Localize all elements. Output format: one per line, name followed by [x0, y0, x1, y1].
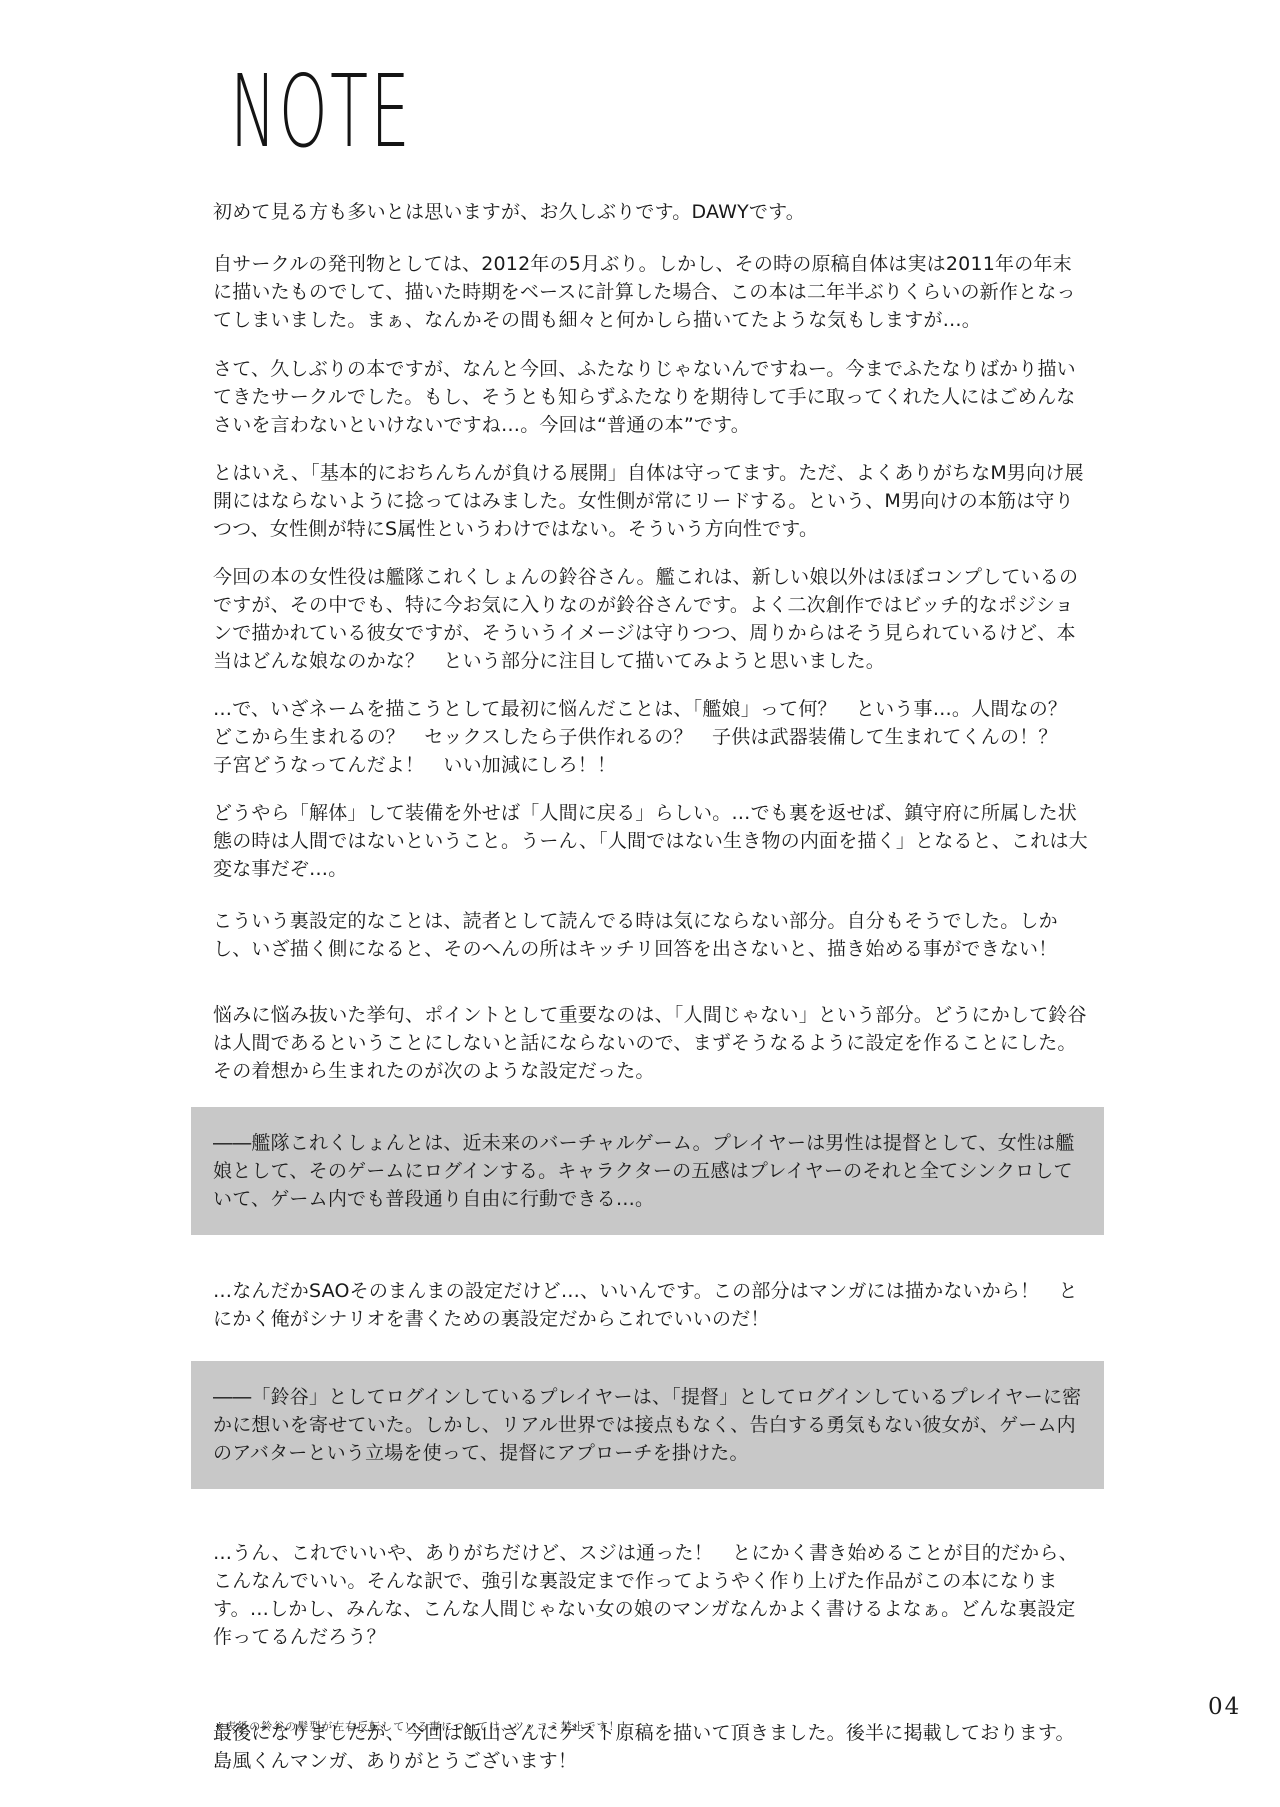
page: NOTE 初めて見る方も多いとは思いますが、お久しぶりです。DAWYです。自サー…	[0, 0, 1280, 1807]
highlight-paragraph: ――「鈴谷」としてログインしているプレイヤーは、「提督」としてログインしているプ…	[191, 1361, 1104, 1489]
paragraph: 今回の本の女性役は艦隊これくしょんの鈴谷さん。艦これは、新しい娘以外はほぼコンプ…	[213, 563, 1090, 675]
paragraph: 悩みに悩み抜いた挙句、ポイントとして重要なのは、「人間じゃない」という部分。どう…	[213, 1001, 1090, 1085]
paragraph: …なんだかSAOそのまんまの設定だけど…、いいんです。この部分はマンガには描かな…	[213, 1277, 1090, 1333]
paragraph: …で、いざネームを描こうとして最初に悩んだことは、「艦娘」って何？ という事…。…	[213, 695, 1090, 779]
paragraph: とはいえ、「基本的におちんちんが負ける展開」自体は守ってます。ただ、よくありがち…	[213, 459, 1090, 543]
body-text: 初めて見る方も多いとは思いますが、お久しぶりです。DAWYです。自サークルの発刊…	[213, 198, 1090, 1775]
page-number: 04	[1208, 1694, 1241, 1720]
paragraph: こういう裏設定的なことは、読者として読んでる時は気にならない部分。自分もそうでし…	[213, 907, 1090, 963]
paragraph: …うん、これでいいや、ありがちだけど、スジは通った！ とにかく書き始めることが目…	[213, 1539, 1090, 1651]
paragraph: どうやら「解体」して装備を外せば「人間に戻る」らしい。…でも裏を返せば、鎮守府に…	[213, 799, 1090, 883]
footer-note: ※表紙の鈴谷の髪型が左右反転している事については、ツッコミ禁止です！！	[215, 1718, 633, 1734]
highlight-paragraph: ――艦隊これくしょんとは、近未来のバーチャルゲーム。プレイヤーは男性は提督として…	[191, 1107, 1104, 1235]
paragraph: 自サークルの発刊物としては、2012年の5月ぶり。しかし、その時の原稿自体は実は…	[213, 250, 1090, 334]
page-title: NOTE	[230, 62, 412, 162]
paragraph: さて、久しぶりの本ですが、なんと今回、ふたなりじゃないんですねー。今までふたなり…	[213, 355, 1090, 439]
paragraph: 初めて見る方も多いとは思いますが、お久しぶりです。DAWYです。	[213, 198, 1090, 226]
